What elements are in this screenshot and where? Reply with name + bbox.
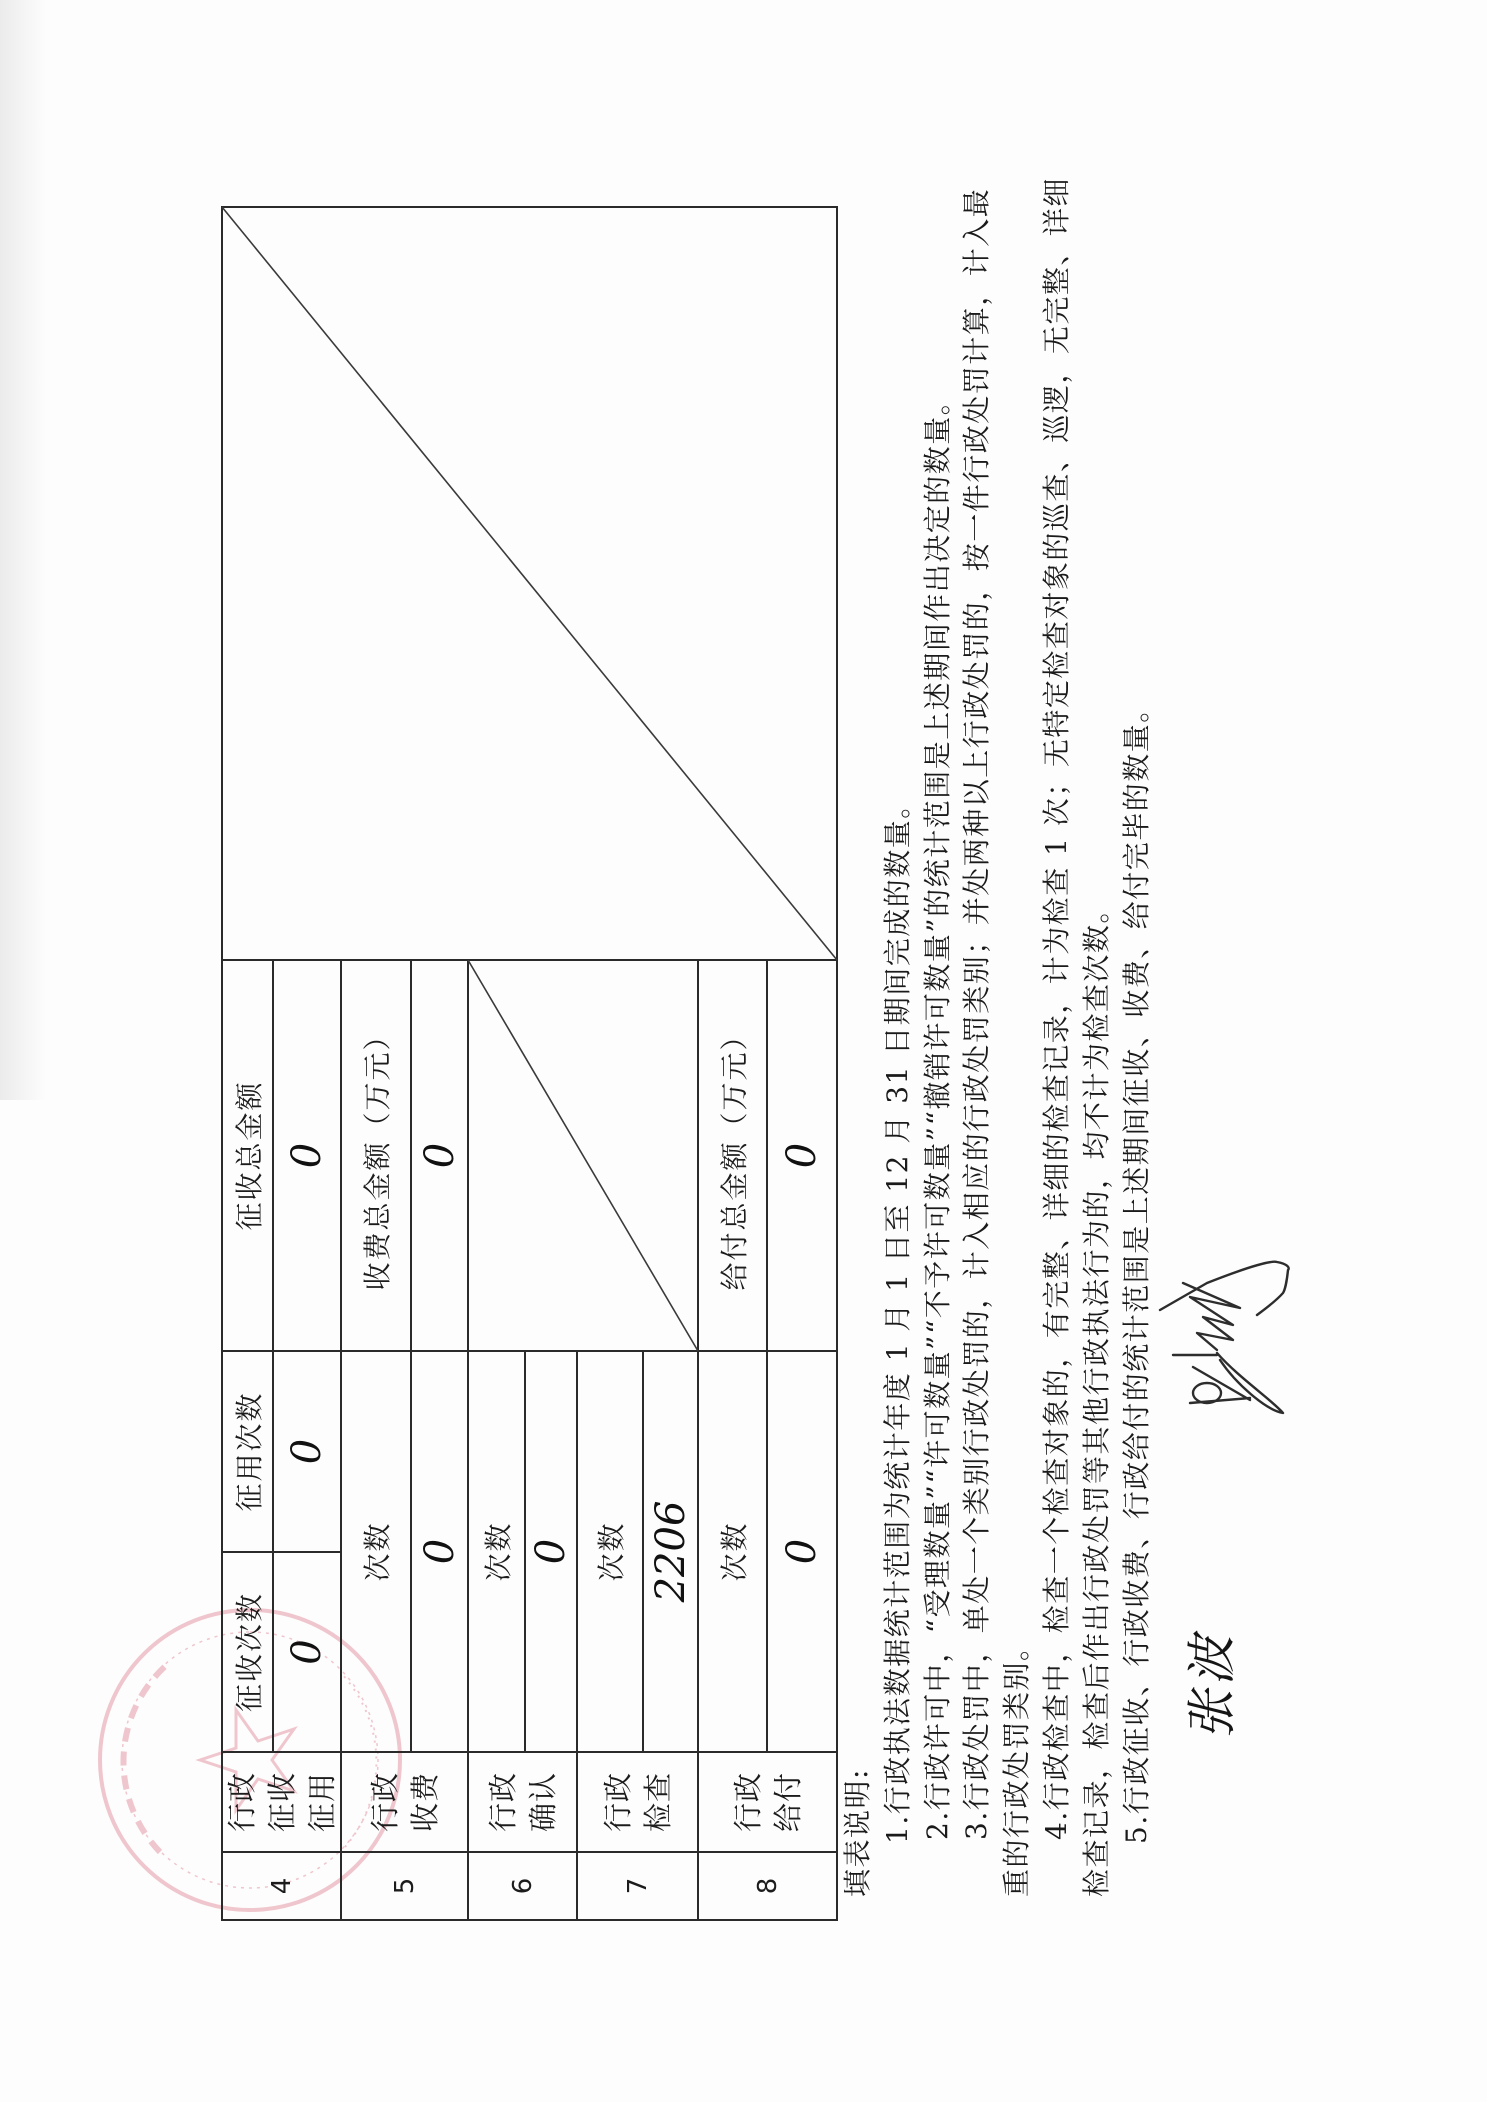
rotated-document-page: 4 行政 征收 征用 征收次数 0 征用次数 0 征收总金额 0 5 行政 收费… — [0, 0, 1487, 2102]
signature-scribble-icon — [0, 0, 1487, 2102]
